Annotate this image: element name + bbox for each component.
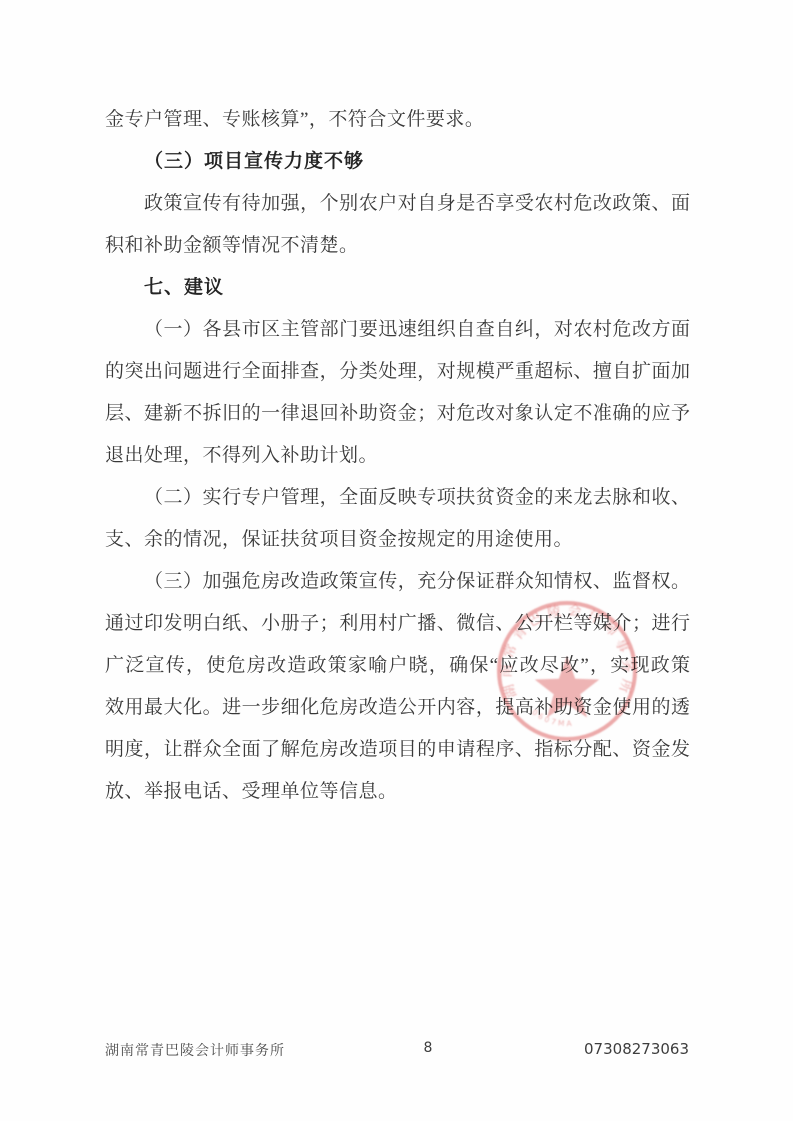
text-line: 支、余的情况，保证扶贫项目资金按规定的用途使用。 <box>105 519 690 561</box>
text-line: （二）实行专户管理，全面反映专项扶贫资金的来龙去脉和收、 <box>105 477 690 519</box>
footer-phone-number: 07308273063 <box>584 1040 689 1058</box>
page-footer: 湖南常青巴陵会计师事务所 8 07308273063 <box>0 1040 793 1062</box>
text-line: 政策宣传有待加强，个别农户对自身是否享受农村危改政策、面 <box>105 183 690 225</box>
heading-line: 七、建议 <box>105 267 690 309</box>
text-line: 通过印发明白纸、小册子；利用村广播、微信、公开栏等媒介；进行 <box>105 603 690 645</box>
text-line: （三）加强危房改造政策宣传，充分保证群众知情权、监督权。 <box>105 561 690 603</box>
text-line: 层、建新不拆旧的一律退回补助资金；对危改对象认定不准确的应予 <box>105 393 690 435</box>
text-line: 效用最大化。进一步细化危房改造公开内容，提高补助资金使用的透 <box>105 687 690 729</box>
text-line: 的突出问题进行全面排查，分类处理，对规模严重超标、擅自扩面加 <box>105 351 690 393</box>
text-line: （一）各县市区主管部门要迅速组织自查自纠，对农村危改方面 <box>105 309 690 351</box>
heading-line: （三）项目宣传力度不够 <box>105 141 690 183</box>
text-line: 广泛宣传，使危房改造政策家喻户晓，确保“应改尽改”，实现政策 <box>105 645 690 687</box>
footer-firm-name: 湖南常青巴陵会计师事务所 <box>105 1040 285 1060</box>
document-body: 金专户管理、专账核算”，不符合文件要求。（三）项目宣传力度不够政策宣传有待加强，… <box>105 99 690 813</box>
text-line: 放、举报电话、受理单位等信息。 <box>105 771 690 813</box>
page-number: 8 <box>408 1040 448 1056</box>
document-page: 金专户管理、专账核算”，不符合文件要求。（三）项目宣传力度不够政策宣传有待加强，… <box>0 0 793 1121</box>
text-line: 明度，让群众全面了解危房改造项目的申请程序、指标分配、资金发 <box>105 729 690 771</box>
text-line: 积和补助金额等情况不清楚。 <box>105 225 690 267</box>
text-line: 金专户管理、专账核算”，不符合文件要求。 <box>105 99 690 141</box>
text-line: 退出处理，不得列入补助计划。 <box>105 435 690 477</box>
